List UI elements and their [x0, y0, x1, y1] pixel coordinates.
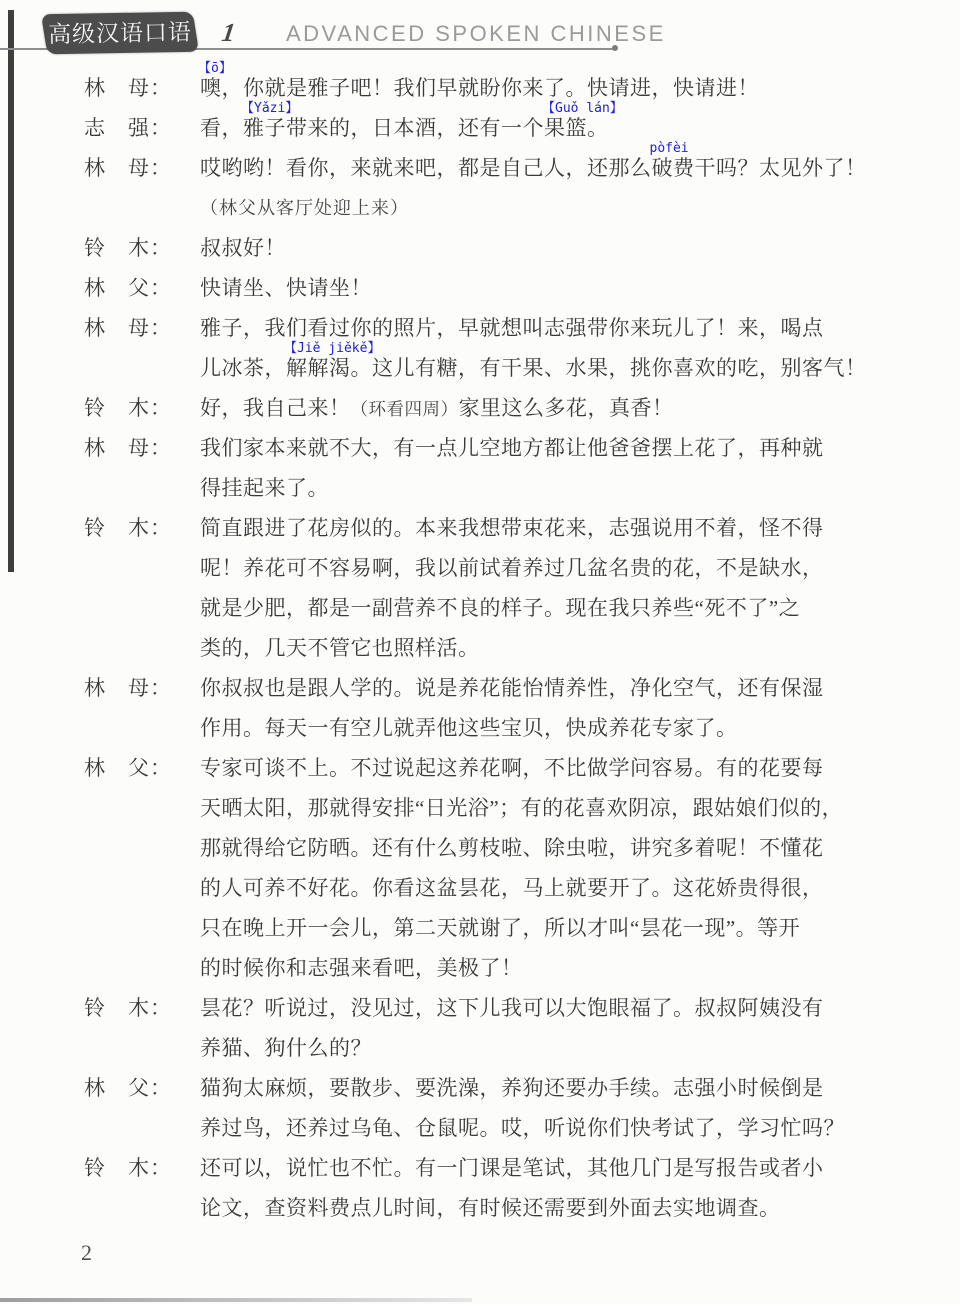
- speaker-name: 铃 木：: [84, 1148, 200, 1188]
- text-line: 哎哟哟！看你，来就来吧，都是自己人，还那么pòfèi破费干吗？太见外了！: [200, 148, 906, 188]
- speaker-name: 林 父：: [84, 268, 200, 308]
- text-segment: pòfèi破费: [652, 156, 695, 180]
- dialogue-row: 铃 木：简直跟进了花房似的。本来我想带束花来，志强说用不着，怪不得呢！养花可不容…: [0, 508, 960, 668]
- stage-direction-row: （林父从客厅处迎上来）: [0, 188, 960, 228]
- text-segment: 专家可谈不上。不过说起这养花啊，不比做学问容易。有的花要每: [200, 756, 824, 780]
- text-segment: 作用。每天一有空儿就弄他这些宝贝，快成养花专家了。: [200, 716, 738, 740]
- dialogue-row: 林 母：你叔叔也是跟人学的。说是养花能怡情养性，净化空气，还有保湿作用。每天一有…: [0, 668, 960, 748]
- text-segment: 天晒太阳，那就得安排“日光浴”；有的花喜欢阴凉，跟姑娘们似的，: [200, 796, 843, 820]
- speaker-name: 林 父：: [84, 748, 200, 788]
- text-line: 还可以，说忙也不忙。有一门课是笔试，其他几门是写报告或者小: [200, 1148, 906, 1188]
- speaker-name: 林 母：: [84, 668, 200, 708]
- pinyin-annotation: 【Guǒ lán】: [542, 102, 623, 115]
- text-segment: 我们家本来就不大，有一点儿空地方都让他爸爸摆上花了，再种就: [200, 436, 824, 460]
- dialogue-text: 看，【Yǎzi】雅子带来的，日本酒，还有一个【Guǒ lán】果篮。: [200, 108, 906, 148]
- bottom-edge-rule: [0, 1298, 472, 1302]
- text-line: 专家可谈不上。不过说起这养花啊，不比做学问容易。有的花要每: [200, 748, 906, 788]
- text-segment: 论文，查资料费点儿时间，有时候还需要到外面去实地调查。: [200, 1196, 781, 1220]
- dialogue-text: 简直跟进了花房似的。本来我想带束花来，志强说用不着，怪不得呢！养花可不容易啊，我…: [200, 508, 906, 668]
- textbook-page: 高级汉语口语 1 ADVANCED SPOKEN CHINESE 林 母：【ō】…: [0, 0, 960, 1304]
- dialogue-row: 林 父：快请坐、快请坐！: [0, 268, 960, 308]
- dialogue-row: 林 父：猫狗太麻烦，要散步、要洗澡，养狗还要办手续。志强小时候倒是养过鸟，还养过…: [0, 1068, 960, 1148]
- text-segment: 就是少肥，都是一副营养不良的样子。现在我只养些“死不了”之: [200, 596, 800, 620]
- text-segment: 得挂起来了。: [200, 476, 329, 500]
- text-segment: 那就得给它防晒。还有什么剪枝啦、除虫啦，讲究多着呢！不懂花: [200, 836, 824, 860]
- dialogue-text: 昙花？听说过，没见过，这下儿我可以大饱眼福了。叔叔阿姨没有养猫、狗什么的？: [200, 988, 906, 1068]
- text-segment: 简直跟进了花房似的。本来我想带束花来，志强说用不着，怪不得: [200, 516, 824, 540]
- pinyin-annotation: 【ō】: [198, 62, 232, 75]
- text-segment: （林父从客厅处迎上来）: [200, 198, 409, 218]
- text-segment: 好，我自己来！: [200, 396, 351, 420]
- text-segment: 类的，几天不管它也照样活。: [200, 636, 480, 660]
- text-segment: 你叔叔也是跟人学的。说是养花能怡情养性，净化空气，还有保湿: [200, 676, 824, 700]
- dialogue-text: 专家可谈不上。不过说起这养花啊，不比做学问容易。有的花要每天晒太阳，那就得安排“…: [200, 748, 906, 988]
- text-line: 论文，查资料费点儿时间，有时候还需要到外面去实地调查。: [200, 1188, 906, 1228]
- text-segment: 还可以，说忙也不忙。有一门课是笔试，其他几门是写报告或者小: [200, 1156, 824, 1180]
- text-line: 只在晚上开一会儿，第二天就谢了，所以才叫“昙花一现”。等开: [200, 908, 906, 948]
- text-segment: 只在晚上开一会儿，第二天就谢了，所以才叫“昙花一现”。等开: [200, 916, 800, 940]
- text-line: 养猫、狗什么的？: [200, 1028, 906, 1068]
- text-segment: 家里这么多花，真香！: [459, 396, 674, 420]
- text-segment: 你就是雅子吧！我们早就盼你来了。快请进，快请进！: [243, 76, 759, 100]
- dialogue-row: 铃 木：叔叔好！: [0, 228, 960, 268]
- text-line: 猫狗太麻烦，要散步、要洗澡，养狗还要办手续。志强小时候倒是: [200, 1068, 906, 1108]
- dialogue-text: （林父从客厅处迎上来）: [200, 188, 906, 228]
- text-line: 好，我自己来！（环看四周）家里这么多花，真香！: [200, 388, 906, 428]
- dialogue-row: 林 母：【ō】噢，你就是雅子吧！我们早就盼你来了。快请进，快请进！: [0, 68, 960, 108]
- course-title-en: ADVANCED SPOKEN CHINESE: [286, 21, 666, 47]
- text-segment: 的时候你和志强来看吧，美极了！: [200, 956, 523, 980]
- text-segment: 【Jiě jiěkě】解解渴: [286, 356, 351, 380]
- pinyin-annotation: 【Yǎzi】: [241, 102, 298, 115]
- text-line: 的时候你和志强来看吧，美极了！: [200, 948, 906, 988]
- dialogue-text: 好，我自己来！（环看四周）家里这么多花，真香！: [200, 388, 906, 428]
- text-line: 快请坐、快请坐！: [200, 268, 906, 308]
- dialogue-text: 我们家本来就不大，有一点儿空地方都让他爸爸摆上花了，再种就得挂起来了。: [200, 428, 906, 508]
- speaker-name: 志 强：: [84, 108, 200, 148]
- dialogue-text: 猫狗太麻烦，要散步、要洗澡，养狗还要办手续。志强小时候倒是养过鸟，还养过乌龟、仓…: [200, 1068, 906, 1148]
- text-line: 昙花？听说过，没见过，这下儿我可以大饱眼福了。叔叔阿姨没有: [200, 988, 906, 1028]
- text-segment: 雅子，我们看过你的照片，早就想叫志强带你来玩儿了！来，喝点: [200, 316, 824, 340]
- pinyin-annotation: pòfèi: [650, 142, 689, 155]
- pinyin-annotation: 【Jiě jiěkě】: [284, 342, 380, 355]
- text-line: 那就得给它防晒。还有什么剪枝啦、除虫啦，讲究多着呢！不懂花: [200, 828, 906, 868]
- text-line: 得挂起来了。: [200, 468, 906, 508]
- text-segment: 干吗？太见外了！: [695, 156, 867, 180]
- course-title-badge: 高级汉语口语: [41, 12, 199, 55]
- text-segment: 快请坐、快请坐！: [200, 276, 372, 300]
- text-line: 的人可养不好花。你看这盆昙花，马上就要开了。这花娇贵得很，: [200, 868, 906, 908]
- inline-stage-note: （环看四周）: [351, 399, 459, 419]
- lesson-number: 1: [220, 18, 237, 48]
- text-segment: 养过鸟，还养过乌龟、仓鼠呢。哎，听说你们快考试了，学习忙吗？: [200, 1116, 845, 1140]
- text-segment: 呢！养花可不容易啊，我以前试着养过几盆名贵的花，不是缺水，: [200, 556, 824, 580]
- dialogue: 林 母：【ō】噢，你就是雅子吧！我们早就盼你来了。快请进，快请进！志 强：看，【…: [0, 68, 960, 1228]
- text-line: 简直跟进了花房似的。本来我想带束花来，志强说用不着，怪不得: [200, 508, 906, 548]
- dialogue-row: 铃 木：还可以，说忙也不忙。有一门课是笔试，其他几门是写报告或者小论文，查资料费…: [0, 1148, 960, 1228]
- dialogue-text: 哎哟哟！看你，来就来吧，都是自己人，还那么pòfèi破费干吗？太见外了！: [200, 148, 906, 188]
- speaker-name: 林 母：: [84, 428, 200, 468]
- text-segment: 。这儿有糖，有干果、水果，挑你喜欢的吃，别客气！: [351, 356, 867, 380]
- text-line: 类的，几天不管它也照样活。: [200, 628, 906, 668]
- dialogue-row: 林 母：我们家本来就不大，有一点儿空地方都让他爸爸摆上花了，再种就得挂起来了。: [0, 428, 960, 508]
- text-line: 我们家本来就不大，有一点儿空地方都让他爸爸摆上花了，再种就: [200, 428, 906, 468]
- text-segment: 【ō】噢，: [200, 76, 243, 100]
- text-segment: 叔叔好！: [200, 236, 286, 260]
- speaker-name: 铃 木：: [84, 988, 200, 1028]
- text-segment: 看，: [200, 116, 243, 140]
- text-segment: 哎哟哟！看你，来就来吧，都是自己人，还那么: [200, 156, 652, 180]
- dialogue-row: 铃 木：好，我自己来！（环看四周）家里这么多花，真香！: [0, 388, 960, 428]
- text-line: （林父从客厅处迎上来）: [200, 188, 906, 228]
- text-line: 看，【Yǎzi】雅子带来的，日本酒，还有一个【Guǒ lán】果篮。: [200, 108, 906, 148]
- text-segment: 昙花？听说过，没见过，这下儿我可以大饱眼福了。叔叔阿姨没有: [200, 996, 824, 1020]
- text-line: 你叔叔也是跟人学的。说是养花能怡情养性，净化空气，还有保湿: [200, 668, 906, 708]
- text-segment: 猫狗太麻烦，要散步、要洗澡，养狗还要办手续。志强小时候倒是: [200, 1076, 824, 1100]
- text-line: 叔叔好！: [200, 228, 906, 268]
- speaker-name: 林 母：: [84, 148, 200, 188]
- dialogue-text: 还可以，说忙也不忙。有一门课是笔试，其他几门是写报告或者小论文，查资料费点儿时间…: [200, 1148, 906, 1228]
- course-title-cn: 高级汉语口语: [44, 12, 196, 55]
- text-line: 就是少肥，都是一副营养不良的样子。现在我只养些“死不了”之: [200, 588, 906, 628]
- dialogue-text: 快请坐、快请坐！: [200, 268, 906, 308]
- speaker-name: 铃 木：: [84, 508, 200, 548]
- text-line: 儿冰茶，【Jiě jiěkě】解解渴。这儿有糖，有干果、水果，挑你喜欢的吃，别客…: [200, 348, 906, 388]
- text-segment: 【Guǒ lán】果篮: [544, 116, 587, 140]
- text-segment: 养猫、狗什么的？: [200, 1036, 372, 1060]
- text-segment: 【Yǎzi】雅子: [243, 116, 286, 140]
- text-segment: 。: [587, 116, 609, 140]
- dialogue-row: 铃 木：昙花？听说过，没见过，这下儿我可以大饱眼福了。叔叔阿姨没有养猫、狗什么的…: [0, 988, 960, 1068]
- dialogue-row: 志 强：看，【Yǎzi】雅子带来的，日本酒，还有一个【Guǒ lán】果篮。: [0, 108, 960, 148]
- dialogue-text: 你叔叔也是跟人学的。说是养花能怡情养性，净化空气，还有保湿作用。每天一有空儿就弄…: [200, 668, 906, 748]
- dialogue-text: 叔叔好！: [200, 228, 906, 268]
- speaker-name: 铃 木：: [84, 388, 200, 428]
- page-number: 2: [81, 1240, 92, 1266]
- dialogue-row: 林 母：雅子，我们看过你的照片，早就想叫志强带你来玩儿了！来，喝点儿冰茶，【Ji…: [0, 308, 960, 388]
- dialogue-text: 雅子，我们看过你的照片，早就想叫志强带你来玩儿了！来，喝点儿冰茶，【Jiě ji…: [200, 308, 906, 388]
- text-line: 养过鸟，还养过乌龟、仓鼠呢。哎，听说你们快考试了，学习忙吗？: [200, 1108, 906, 1148]
- speaker-name: 林 父：: [84, 1068, 200, 1108]
- text-line: 呢！养花可不容易啊，我以前试着养过几盆名贵的花，不是缺水，: [200, 548, 906, 588]
- speaker-name: 铃 木：: [84, 228, 200, 268]
- speaker-name: 林 母：: [84, 68, 200, 108]
- text-segment: 儿冰茶，: [200, 356, 286, 380]
- dialogue-row: 林 母：哎哟哟！看你，来就来吧，都是自己人，还那么pòfèi破费干吗？太见外了！: [0, 148, 960, 188]
- text-segment: 带来的，日本酒，还有一个: [286, 116, 544, 140]
- text-line: 天晒太阳，那就得安排“日光浴”；有的花喜欢阴凉，跟姑娘们似的，: [200, 788, 906, 828]
- text-segment: 的人可养不好花。你看这盆昙花，马上就要开了。这花娇贵得很，: [200, 876, 824, 900]
- text-line: 作用。每天一有空儿就弄他这些宝贝，快成养花专家了。: [200, 708, 906, 748]
- dialogue-row: 林 父：专家可谈不上。不过说起这养花啊，不比做学问容易。有的花要每天晒太阳，那就…: [0, 748, 960, 988]
- speaker-name: 林 母：: [84, 308, 200, 348]
